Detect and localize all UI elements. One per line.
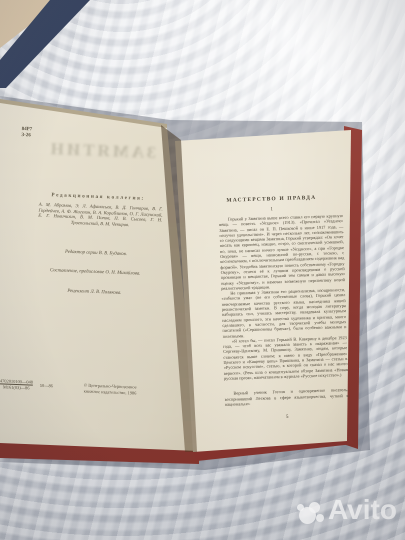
book-photo: 84Р7 З-26 ЗАМЯТИН Редакционная коллегия:… <box>0 0 405 540</box>
photo-vignette <box>0 0 405 540</box>
